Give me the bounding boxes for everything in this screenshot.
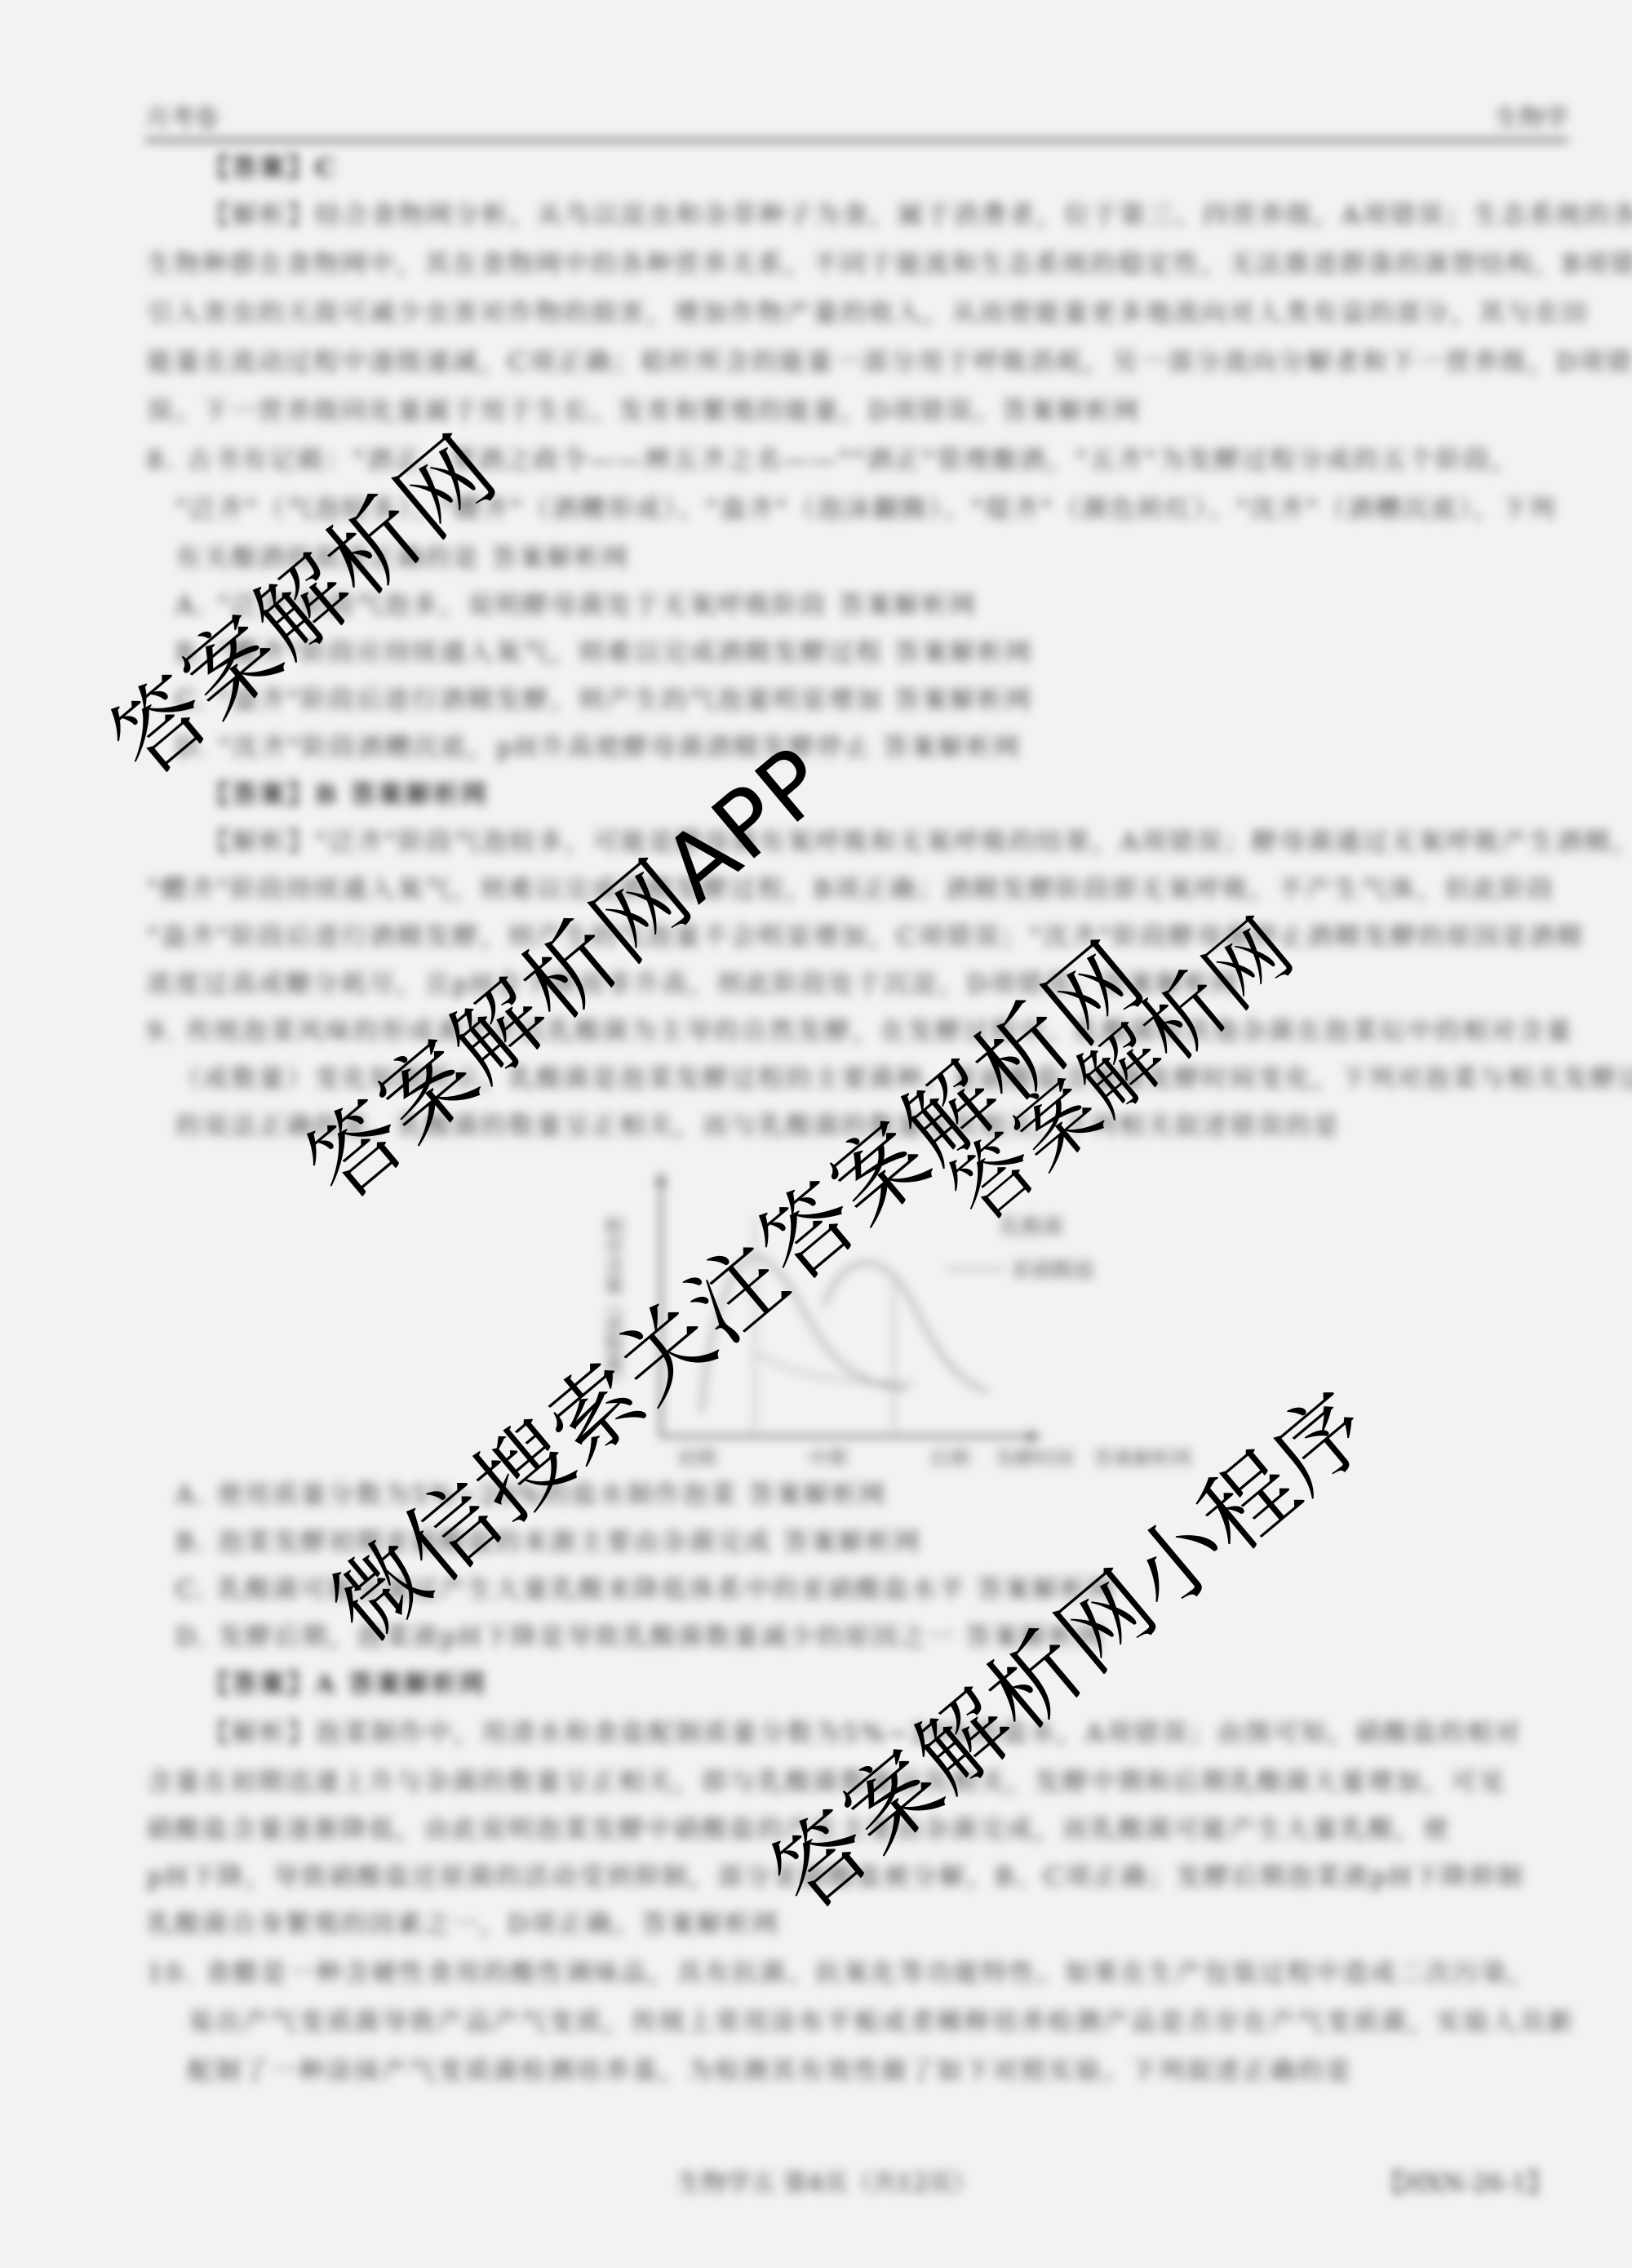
q10-stem-line: 配制了一种涂抹产气变质菌检测培养基，为检测其有效性做了如下对照实验。下列叙述正确… [188, 2055, 1353, 2088]
x-axis-label: 发酵时间 [996, 1447, 1074, 1469]
q9-analysis-line: 乳酸菌自身繁殖的因素之一，D项正确。答案解析网 [147, 1908, 780, 1941]
y-axis-arrow-icon [654, 1172, 667, 1185]
series-curve [824, 1263, 987, 1391]
x-tick-label: 中期 [808, 1447, 847, 1469]
exam-page: 月考卷 生物学 【答案】C 【解析】结合食物网分析，从鸟以昆虫和杂草种子为食，属… [0, 0, 1632, 2268]
q10-stem-line: 易出产气变质菌导致产品产气变质，传统上常用涂布平板或者稀释培养检测产品是否存在产… [188, 2006, 1575, 2039]
q7-analysis-line: 【解析】结合食物网分析，从鸟以昆虫和杂草种子为食，属于消费者，位于第三、四营养级… [204, 199, 1632, 232]
q9-stem-line: 9. 传统泡菜风味的形成离不开以乳酸菌为主导的自然发酵，在发酵过程中，乳酸菌和其… [147, 1015, 1573, 1048]
q9-answer: 【答案】A 答案解析网 [204, 1668, 487, 1701]
q8-option-c: C. "盎齐"阶段后进行酒精发酵，则产生的气泡量明显增加 答案解析网 [175, 684, 1033, 717]
q7-analysis-line: 生物种群在食物网中，其在食物网中的各种营养关系，不同于能流和生态系统的稳定性，无… [147, 248, 1632, 281]
q8-analysis-line: "醴齐"阶段持续通入氧气，则难以完成酒精发酵过程，B项正确；酒精发酵阶段即无氧呼… [147, 873, 1555, 906]
chart-annotation: 答案解析网 [1093, 1447, 1191, 1469]
q8-analysis-line: 【解析】"泛齐"阶段气泡较多，可能是酵母菌有氧呼吸和无氧呼吸的结果，A项错误；酵… [204, 826, 1632, 859]
q7-analysis-line: 能量在流动过程中逐级递减，C项正确；秸秆所含的能量一部分用于呼吸消耗，另一部分流… [147, 346, 1632, 379]
q8-option-d: D. "沈齐"阶段酒糟沉底，pH升高使酵母菌酒精发酵停止 答案解析网 [175, 731, 1022, 764]
q8-analysis-line: "盎齐"阶段后进行酒精发酵，则产生的气泡量不会明显增加，C项错误；"沈齐"阶段酵… [147, 921, 1585, 953]
q7-analysis-line: 引入害虫的天敌可减少虫害对作物的损害，增加作物产量的收入，从而使能量更多地流向对… [147, 297, 1590, 330]
q8-answer: 【答案】B 答案解析网 [204, 779, 489, 811]
header-subject: 生物学 [1495, 98, 1568, 134]
x-tick-label: 后期 [930, 1447, 969, 1469]
x-axis-arrow-icon [1028, 1430, 1041, 1443]
q10-stem-line: 10. 食醋是一种含硬性食用的酸性调味品，具有抗菌、抗氧化等功能特性。如果在生产… [147, 1957, 1537, 1990]
page-header: 月考卷 生物学 [145, 91, 1568, 142]
header-exam-type: 月考卷 [145, 98, 219, 134]
q7-answer: 【答案】C [204, 152, 338, 184]
footer-code: 【HXN-26-1】 [1379, 2163, 1551, 2199]
q7-analysis-line: 误。下一营养级同化量属于用于生长、发育和繁殖的能量，D项错误。答案解析网 [147, 395, 1141, 428]
footer-page-info: 生物学五 第4页（共12页） [677, 2163, 977, 2199]
legend-label: 亚硝酸盐 [1010, 1258, 1095, 1283]
x-tick-label: 初期 [677, 1447, 716, 1469]
q9-option-b: B. 泡菜发酵初期亚硝酸盐的来源主要由杂菌完成 答案解析网 [175, 1526, 921, 1559]
